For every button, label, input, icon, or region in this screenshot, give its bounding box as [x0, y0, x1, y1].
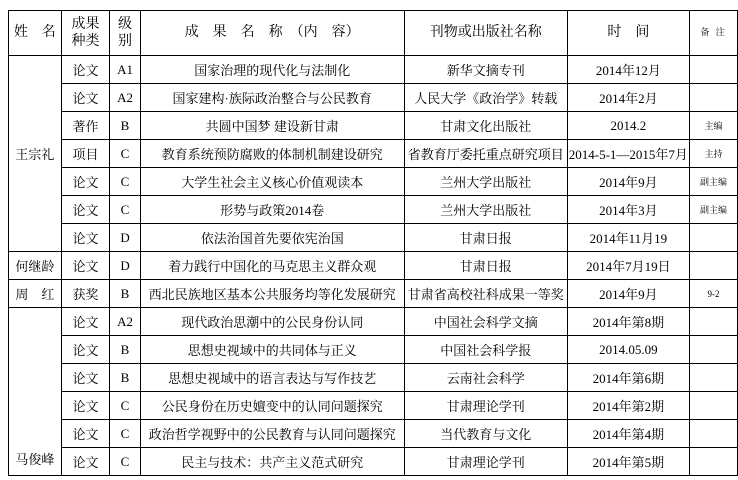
- publication-cell: 甘肃理论学刊: [404, 448, 567, 476]
- note-cell: [689, 224, 737, 252]
- publication-cell: 人民大学《政治学》转载: [404, 84, 567, 112]
- note-cell: [689, 308, 737, 336]
- title-cell: 思想史视域中的语言表达与写作技艺: [140, 364, 404, 392]
- publication-cell: 甘肃省高校社科成果一等奖: [404, 280, 567, 308]
- table-row: 论文C政治哲学视野中的公民教育与认同问题探究当代教育与文化2014年第4期: [9, 420, 738, 448]
- level-cell: A2: [110, 84, 140, 112]
- table-row: 著作B共圆中国梦 建设新甘肃甘肃文化出版社2014.2主编: [9, 112, 738, 140]
- title-cell: 国家建构·族际政治整合与公民教育: [140, 84, 404, 112]
- table-body: 王宗礼论文A1国家治理的现代化与法制化新华文摘专刊2014年12月论文A2国家建…: [9, 56, 738, 476]
- level-cell: A2: [110, 308, 140, 336]
- time-cell: 2014年第2期: [567, 392, 689, 420]
- publication-cell: 云南社会科学: [404, 364, 567, 392]
- publication-cell: 新华文摘专刊: [404, 56, 567, 84]
- level-cell: C: [110, 196, 140, 224]
- publication-cell: 中国社会科学报: [404, 336, 567, 364]
- name-cell: 何继龄: [9, 252, 62, 280]
- document-page: 姓 名 成果 种类 级 别 成 果 名 称 （内 容） 刊物或出版社名称 时 间…: [0, 0, 738, 480]
- title-cell: 依法治国首先要依宪治国: [140, 224, 404, 252]
- type-cell: 论文: [61, 448, 110, 476]
- level-cell: B: [110, 112, 140, 140]
- level-cell: A1: [110, 56, 140, 84]
- table-row: 论文C大学生社会主义核心价值观读本兰州大学出版社2014年9月副主编: [9, 168, 738, 196]
- title-cell: 大学生社会主义核心价值观读本: [140, 168, 404, 196]
- title-cell: 政治哲学视野中的公民教育与认同问题探究: [140, 420, 404, 448]
- type-cell: 论文: [61, 84, 110, 112]
- publication-cell: 当代教育与文化: [404, 420, 567, 448]
- publication-cell: 甘肃日报: [404, 224, 567, 252]
- level-cell: D: [110, 252, 140, 280]
- time-cell: 2014年第8期: [567, 308, 689, 336]
- results-table: 姓 名 成果 种类 级 别 成 果 名 称 （内 容） 刊物或出版社名称 时 间…: [8, 10, 738, 476]
- title-cell: 国家治理的现代化与法制化: [140, 56, 404, 84]
- publication-cell: 省教育厅委托重点研究项目: [404, 140, 567, 168]
- level-cell: C: [110, 168, 140, 196]
- type-cell: 论文: [61, 168, 110, 196]
- note-cell: 副主编: [689, 168, 737, 196]
- note-cell: [689, 56, 737, 84]
- table-header-row: 姓 名 成果 种类 级 别 成 果 名 称 （内 容） 刊物或出版社名称 时 间…: [9, 11, 738, 56]
- header-title: 成 果 名 称 （内 容）: [140, 11, 404, 56]
- publication-cell: 甘肃日报: [404, 252, 567, 280]
- time-cell: 2014-5-1—2015年7月: [567, 140, 689, 168]
- table-row: 项目C教育系统预防腐败的体制机制建设研究省教育厅委托重点研究项目2014-5-1…: [9, 140, 738, 168]
- publication-cell: 中国社会科学文摘: [404, 308, 567, 336]
- time-cell: 2014年3月: [567, 196, 689, 224]
- time-cell: 2014年第5期: [567, 448, 689, 476]
- title-cell: 共圆中国梦 建设新甘肃: [140, 112, 404, 140]
- time-cell: 2014.2: [567, 112, 689, 140]
- name-cell: 周 红: [9, 280, 62, 308]
- title-cell: 教育系统预防腐败的体制机制建设研究: [140, 140, 404, 168]
- publication-cell: 甘肃文化出版社: [404, 112, 567, 140]
- note-cell: [689, 448, 737, 476]
- note-cell: 主持: [689, 140, 737, 168]
- table-row: 论文B思想史视域中的共同体与正义中国社会科学报2014.05.09: [9, 336, 738, 364]
- note-cell: [689, 252, 737, 280]
- note-cell: [689, 420, 737, 448]
- level-cell: C: [110, 140, 140, 168]
- title-cell: 西北民族地区基本公共服务均等化发展研究: [140, 280, 404, 308]
- header-type: 成果 种类: [61, 11, 110, 56]
- note-cell: [689, 364, 737, 392]
- time-cell: 2014年7月19日: [567, 252, 689, 280]
- header-name: 姓 名: [9, 11, 62, 56]
- title-cell: 公民身份在历史嬗变中的认同问题探究: [140, 392, 404, 420]
- type-cell: 论文: [61, 308, 110, 336]
- time-cell: 2014年9月: [567, 168, 689, 196]
- level-cell: C: [110, 420, 140, 448]
- table-row: 何继龄论文D着力践行中国化的马克思主义群众观甘肃日报2014年7月19日: [9, 252, 738, 280]
- time-cell: 2014年第4期: [567, 420, 689, 448]
- type-cell: 论文: [61, 252, 110, 280]
- time-cell: 2014年第6期: [567, 364, 689, 392]
- time-cell: 2014年12月: [567, 56, 689, 84]
- note-cell: 主编: [689, 112, 737, 140]
- header-time: 时 间: [567, 11, 689, 56]
- header-level: 级 别: [110, 11, 140, 56]
- level-cell: B: [110, 336, 140, 364]
- time-cell: 2014年9月: [567, 280, 689, 308]
- title-cell: 现代政治思潮中的公民身份认同: [140, 308, 404, 336]
- type-cell: 论文: [61, 420, 110, 448]
- level-cell: B: [110, 280, 140, 308]
- publication-cell: 兰州大学出版社: [404, 196, 567, 224]
- level-cell: C: [110, 392, 140, 420]
- table-row: 周 红获奖B西北民族地区基本公共服务均等化发展研究甘肃省高校社科成果一等奖201…: [9, 280, 738, 308]
- table-row: 论文D依法治国首先要依宪治国甘肃日报2014年11月19: [9, 224, 738, 252]
- type-cell: 论文: [61, 336, 110, 364]
- type-cell: 获奖: [61, 280, 110, 308]
- publication-cell: 甘肃理论学刊: [404, 392, 567, 420]
- type-cell: 论文: [61, 196, 110, 224]
- title-cell: 形势与政策2014卷: [140, 196, 404, 224]
- time-cell: 2014年2月: [567, 84, 689, 112]
- time-cell: 2014年11月19: [567, 224, 689, 252]
- title-cell: 着力践行中国化的马克思主义群众观: [140, 252, 404, 280]
- note-cell: [689, 84, 737, 112]
- table-row: 论文A2国家建构·族际政治整合与公民教育人民大学《政治学》转载2014年2月: [9, 84, 738, 112]
- title-cell: 思想史视域中的共同体与正义: [140, 336, 404, 364]
- type-cell: 著作: [61, 112, 110, 140]
- table-row: 论文C公民身份在历史嬗变中的认同问题探究甘肃理论学刊2014年第2期: [9, 392, 738, 420]
- note-cell: 9-2: [689, 280, 737, 308]
- table-row: 论文C形势与政策2014卷兰州大学出版社2014年3月副主编: [9, 196, 738, 224]
- name-cell: 马俊峰: [9, 308, 62, 476]
- type-cell: 论文: [61, 224, 110, 252]
- level-cell: C: [110, 448, 140, 476]
- level-cell: B: [110, 364, 140, 392]
- type-cell: 论文: [61, 392, 110, 420]
- time-cell: 2014.05.09: [567, 336, 689, 364]
- table-row: 马俊峰论文A2现代政治思潮中的公民身份认同中国社会科学文摘2014年第8期: [9, 308, 738, 336]
- title-cell: 民主与技术：共产主义范式研究: [140, 448, 404, 476]
- name-cell: 王宗礼: [9, 56, 62, 252]
- table-row: 王宗礼论文A1国家治理的现代化与法制化新华文摘专刊2014年12月: [9, 56, 738, 84]
- table-row: 论文B思想史视域中的语言表达与写作技艺云南社会科学2014年第6期: [9, 364, 738, 392]
- publication-cell: 兰州大学出版社: [404, 168, 567, 196]
- note-cell: [689, 336, 737, 364]
- header-note: 备 注: [689, 11, 737, 56]
- type-cell: 项目: [61, 140, 110, 168]
- note-cell: [689, 392, 737, 420]
- header-publication: 刊物或出版社名称: [404, 11, 567, 56]
- type-cell: 论文: [61, 56, 110, 84]
- note-cell: 副主编: [689, 196, 737, 224]
- level-cell: D: [110, 224, 140, 252]
- table-row: 论文C民主与技术：共产主义范式研究甘肃理论学刊2014年第5期: [9, 448, 738, 476]
- type-cell: 论文: [61, 364, 110, 392]
